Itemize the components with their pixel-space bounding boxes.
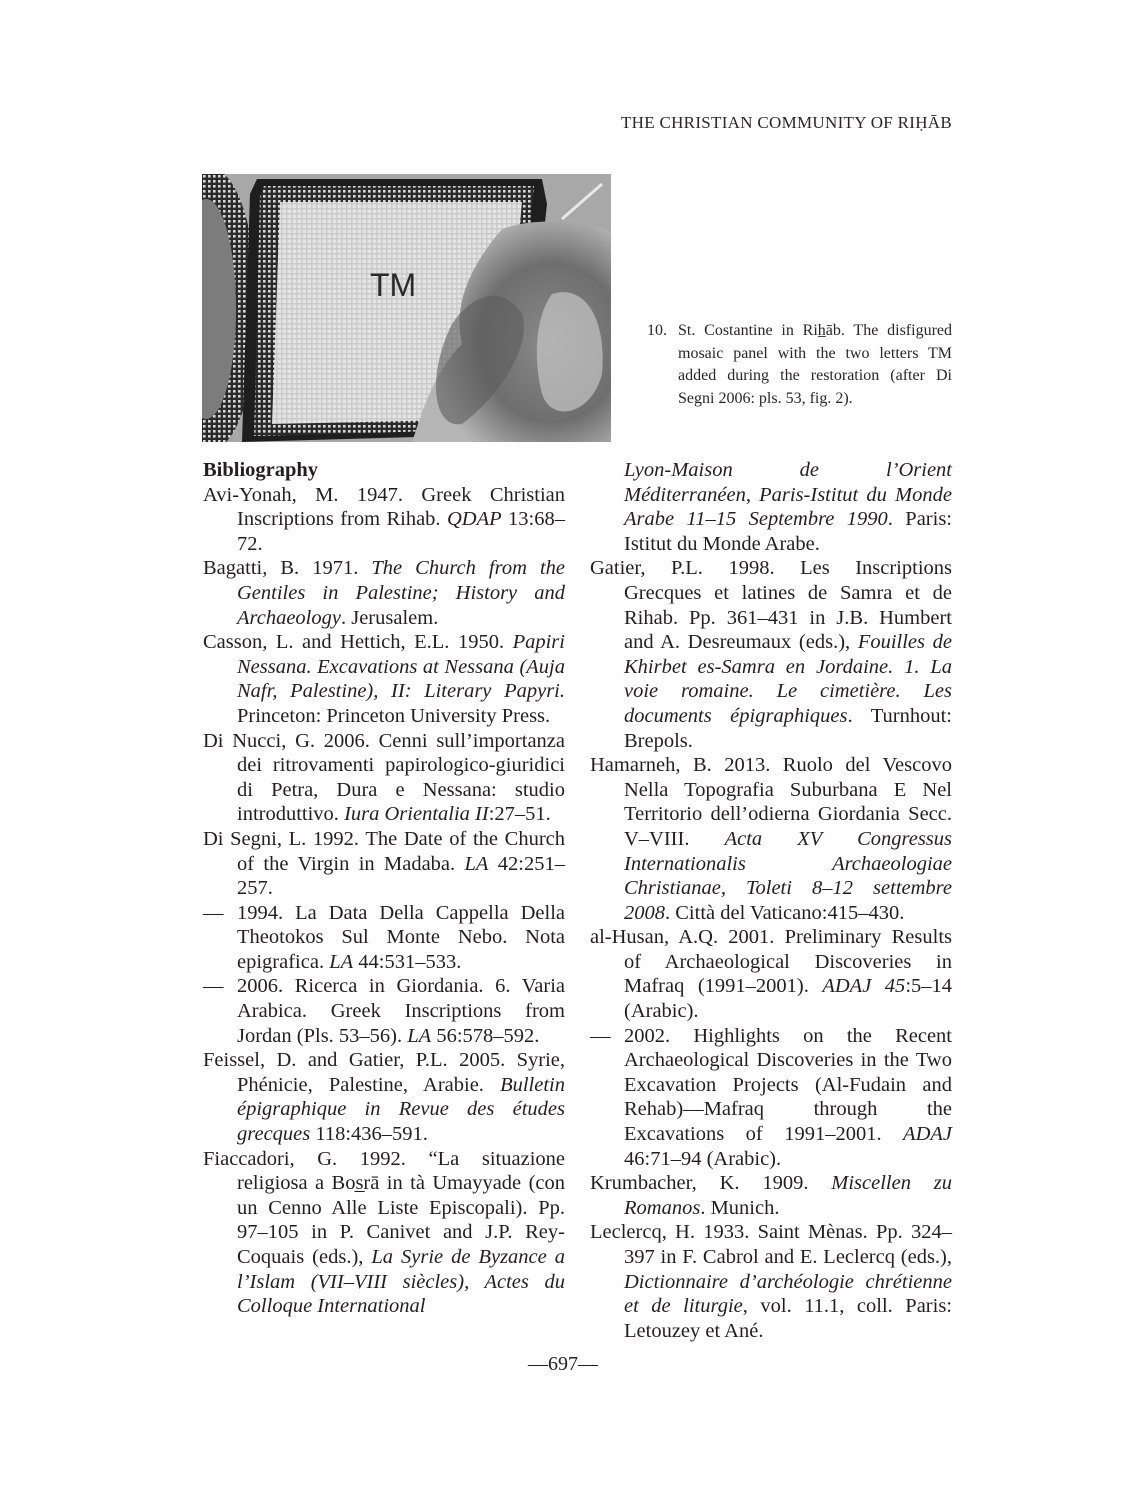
bibliography-entry: Krumbacher, K. 1909. Miscellen zu Romano… bbox=[590, 1171, 952, 1220]
entry-text: . Jerusalem. bbox=[341, 607, 438, 629]
bibliography-entry: —1994. La Data Della Cappella Della Theo… bbox=[203, 901, 565, 975]
entry-title-italic: ADAJ bbox=[903, 1123, 952, 1145]
caption-text: St. Costantine in Rih̲āb. The disfigured… bbox=[678, 320, 952, 410]
ditto-dash: — bbox=[203, 901, 237, 926]
running-head: THE CHRISTIAN COMMUNITY OF RIḤĀB bbox=[560, 113, 952, 133]
entry-text: 56:578–592. bbox=[431, 1025, 539, 1047]
page-number: —697— bbox=[0, 1353, 1126, 1376]
bibliography-entry: —2002. Highlights on the Recent Archaeol… bbox=[590, 1024, 952, 1172]
bibliography-list-right: Lyon-Maison de l’Orient Méditerranéen, P… bbox=[590, 458, 952, 1343]
entry-text: Leclercq, H. 1933. Saint Mènas. Pp. 324–… bbox=[590, 1221, 952, 1268]
bibliography-entry: Di Nucci, G. 2006. Cenni sull’importanza… bbox=[203, 729, 565, 827]
bibliography-entry: Hamarneh, B. 2013. Ruolo del Vescovo Nel… bbox=[590, 753, 952, 925]
caption-number: 10. bbox=[647, 320, 667, 343]
bibliography-entry: Gatier, P.L. 1998. Les Inscriptions Grec… bbox=[590, 556, 952, 753]
ditto-dash: — bbox=[590, 1024, 624, 1049]
bibliography-entry: al-Husan, A.Q. 2001. Preliminary Results… bbox=[590, 925, 952, 1023]
bibliography-entry: Lyon-Maison de l’Orient Méditerranéen, P… bbox=[590, 458, 952, 556]
entry-text: Bagatti, B. 1971. bbox=[203, 557, 371, 579]
bibliography-right-column: Lyon-Maison de l’Orient Méditerranéen, P… bbox=[590, 458, 952, 1343]
entry-text: 118:436–591. bbox=[310, 1123, 428, 1145]
figure-caption: 10. St. Costantine in Rih̲āb. The disfig… bbox=[647, 320, 952, 410]
bibliography-entry: —2006. Ricerca in Giordania. 6. Varia Ar… bbox=[203, 974, 565, 1048]
entry-title-italic: ADAJ 45 bbox=[822, 975, 905, 997]
entry-title-italic: LA bbox=[465, 853, 489, 875]
mosaic-photo: TM bbox=[202, 174, 611, 442]
entry-text: Casson, L. and Hettich, E.L. 1950. bbox=[203, 631, 513, 653]
bibliography-list-left: Avi-Yonah, M. 1947. Greek Christian Insc… bbox=[203, 483, 565, 1319]
entry-text: 44:531–533. bbox=[353, 951, 461, 973]
bibliography-entry: Di Segni, L. 1992. The Date of the Churc… bbox=[203, 827, 565, 901]
bibliography-entry: Leclercq, H. 1933. Saint Mènas. Pp. 324–… bbox=[590, 1220, 952, 1343]
entry-title-italic: LA bbox=[329, 951, 353, 973]
bibliography-left-column: Bibliography Avi-Yonah, M. 1947. Greek C… bbox=[203, 458, 565, 1319]
tm-letters: TM bbox=[370, 267, 416, 303]
ditto-dash: — bbox=[203, 974, 237, 999]
bibliography-entry: Avi-Yonah, M. 1947. Greek Christian Insc… bbox=[203, 483, 565, 557]
entry-text: :27–51. bbox=[489, 803, 551, 825]
entry-title-italic: Iura Orientalia II bbox=[344, 803, 489, 825]
entry-text: . Città del Vaticano:415–430. bbox=[665, 902, 904, 924]
bibliography-entry: Feissel, D. and Gatier, P.L. 2005. Syrie… bbox=[203, 1048, 565, 1146]
entry-text: Princeton: Princeton University Press. bbox=[237, 705, 550, 727]
bibliography-entry: Bagatti, B. 1971. The Church from the Ge… bbox=[203, 556, 565, 630]
bibliography-entry: Casson, L. and Hettich, E.L. 1950. Papir… bbox=[203, 630, 565, 728]
entry-text: . Munich. bbox=[700, 1197, 779, 1219]
entry-text: 46:71–94 (Arabic). bbox=[624, 1148, 781, 1170]
entry-text: Krumbacher, K. 1909. bbox=[590, 1172, 831, 1194]
bibliography-entry: Fiaccadori, G. 1992. “La situazione reli… bbox=[203, 1147, 565, 1319]
entry-title-italic: QDAP bbox=[447, 508, 502, 530]
mosaic-image: TM bbox=[202, 174, 611, 442]
bibliography-heading: Bibliography bbox=[203, 458, 565, 483]
entry-title-italic: LA bbox=[407, 1025, 431, 1047]
